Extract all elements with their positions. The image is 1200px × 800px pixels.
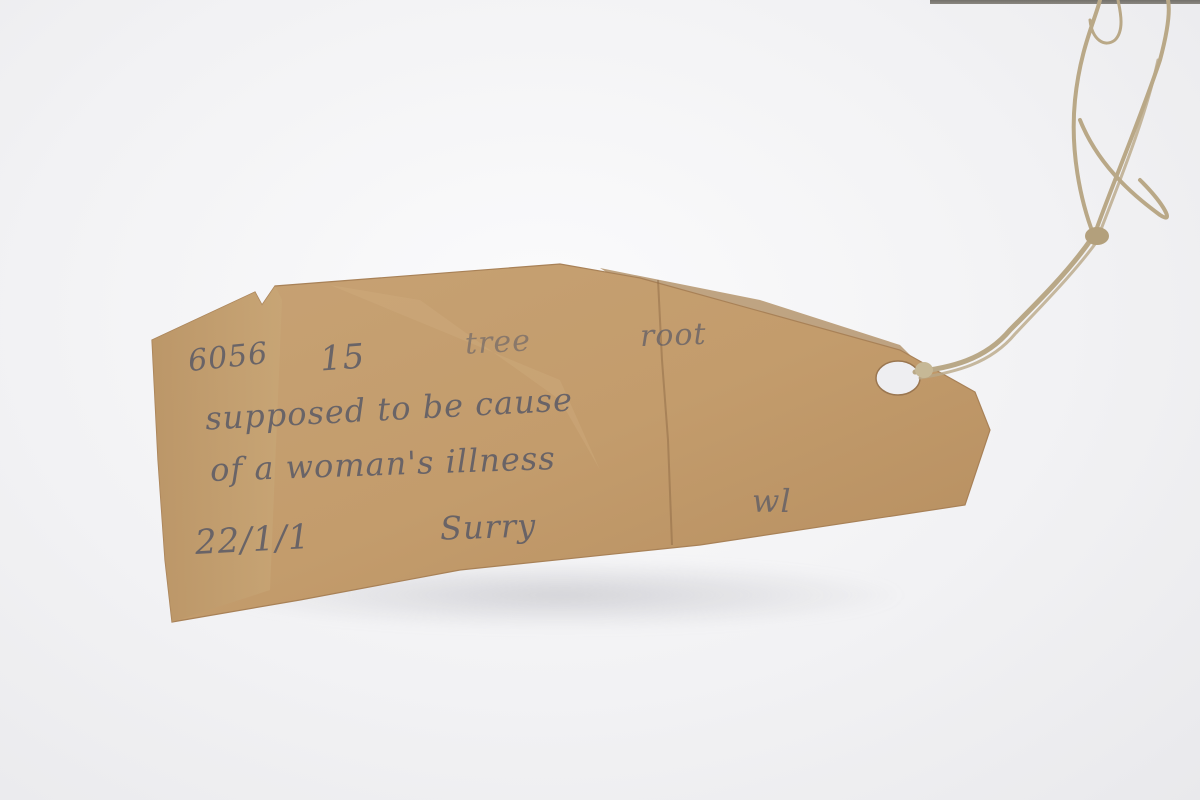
handwriting-word: root [639,317,707,354]
photo-scene: 6056 15 tree root supposed to be cause o… [0,0,1200,800]
handwriting-initials: wl [752,482,792,520]
knot [1085,227,1109,245]
handwriting-date: 22/1/1 [194,517,311,563]
handwriting-word: tree [464,323,532,361]
twine-string [0,0,1200,800]
handwriting-place: Surry [439,506,536,547]
handwriting-number: 15 [319,336,367,379]
